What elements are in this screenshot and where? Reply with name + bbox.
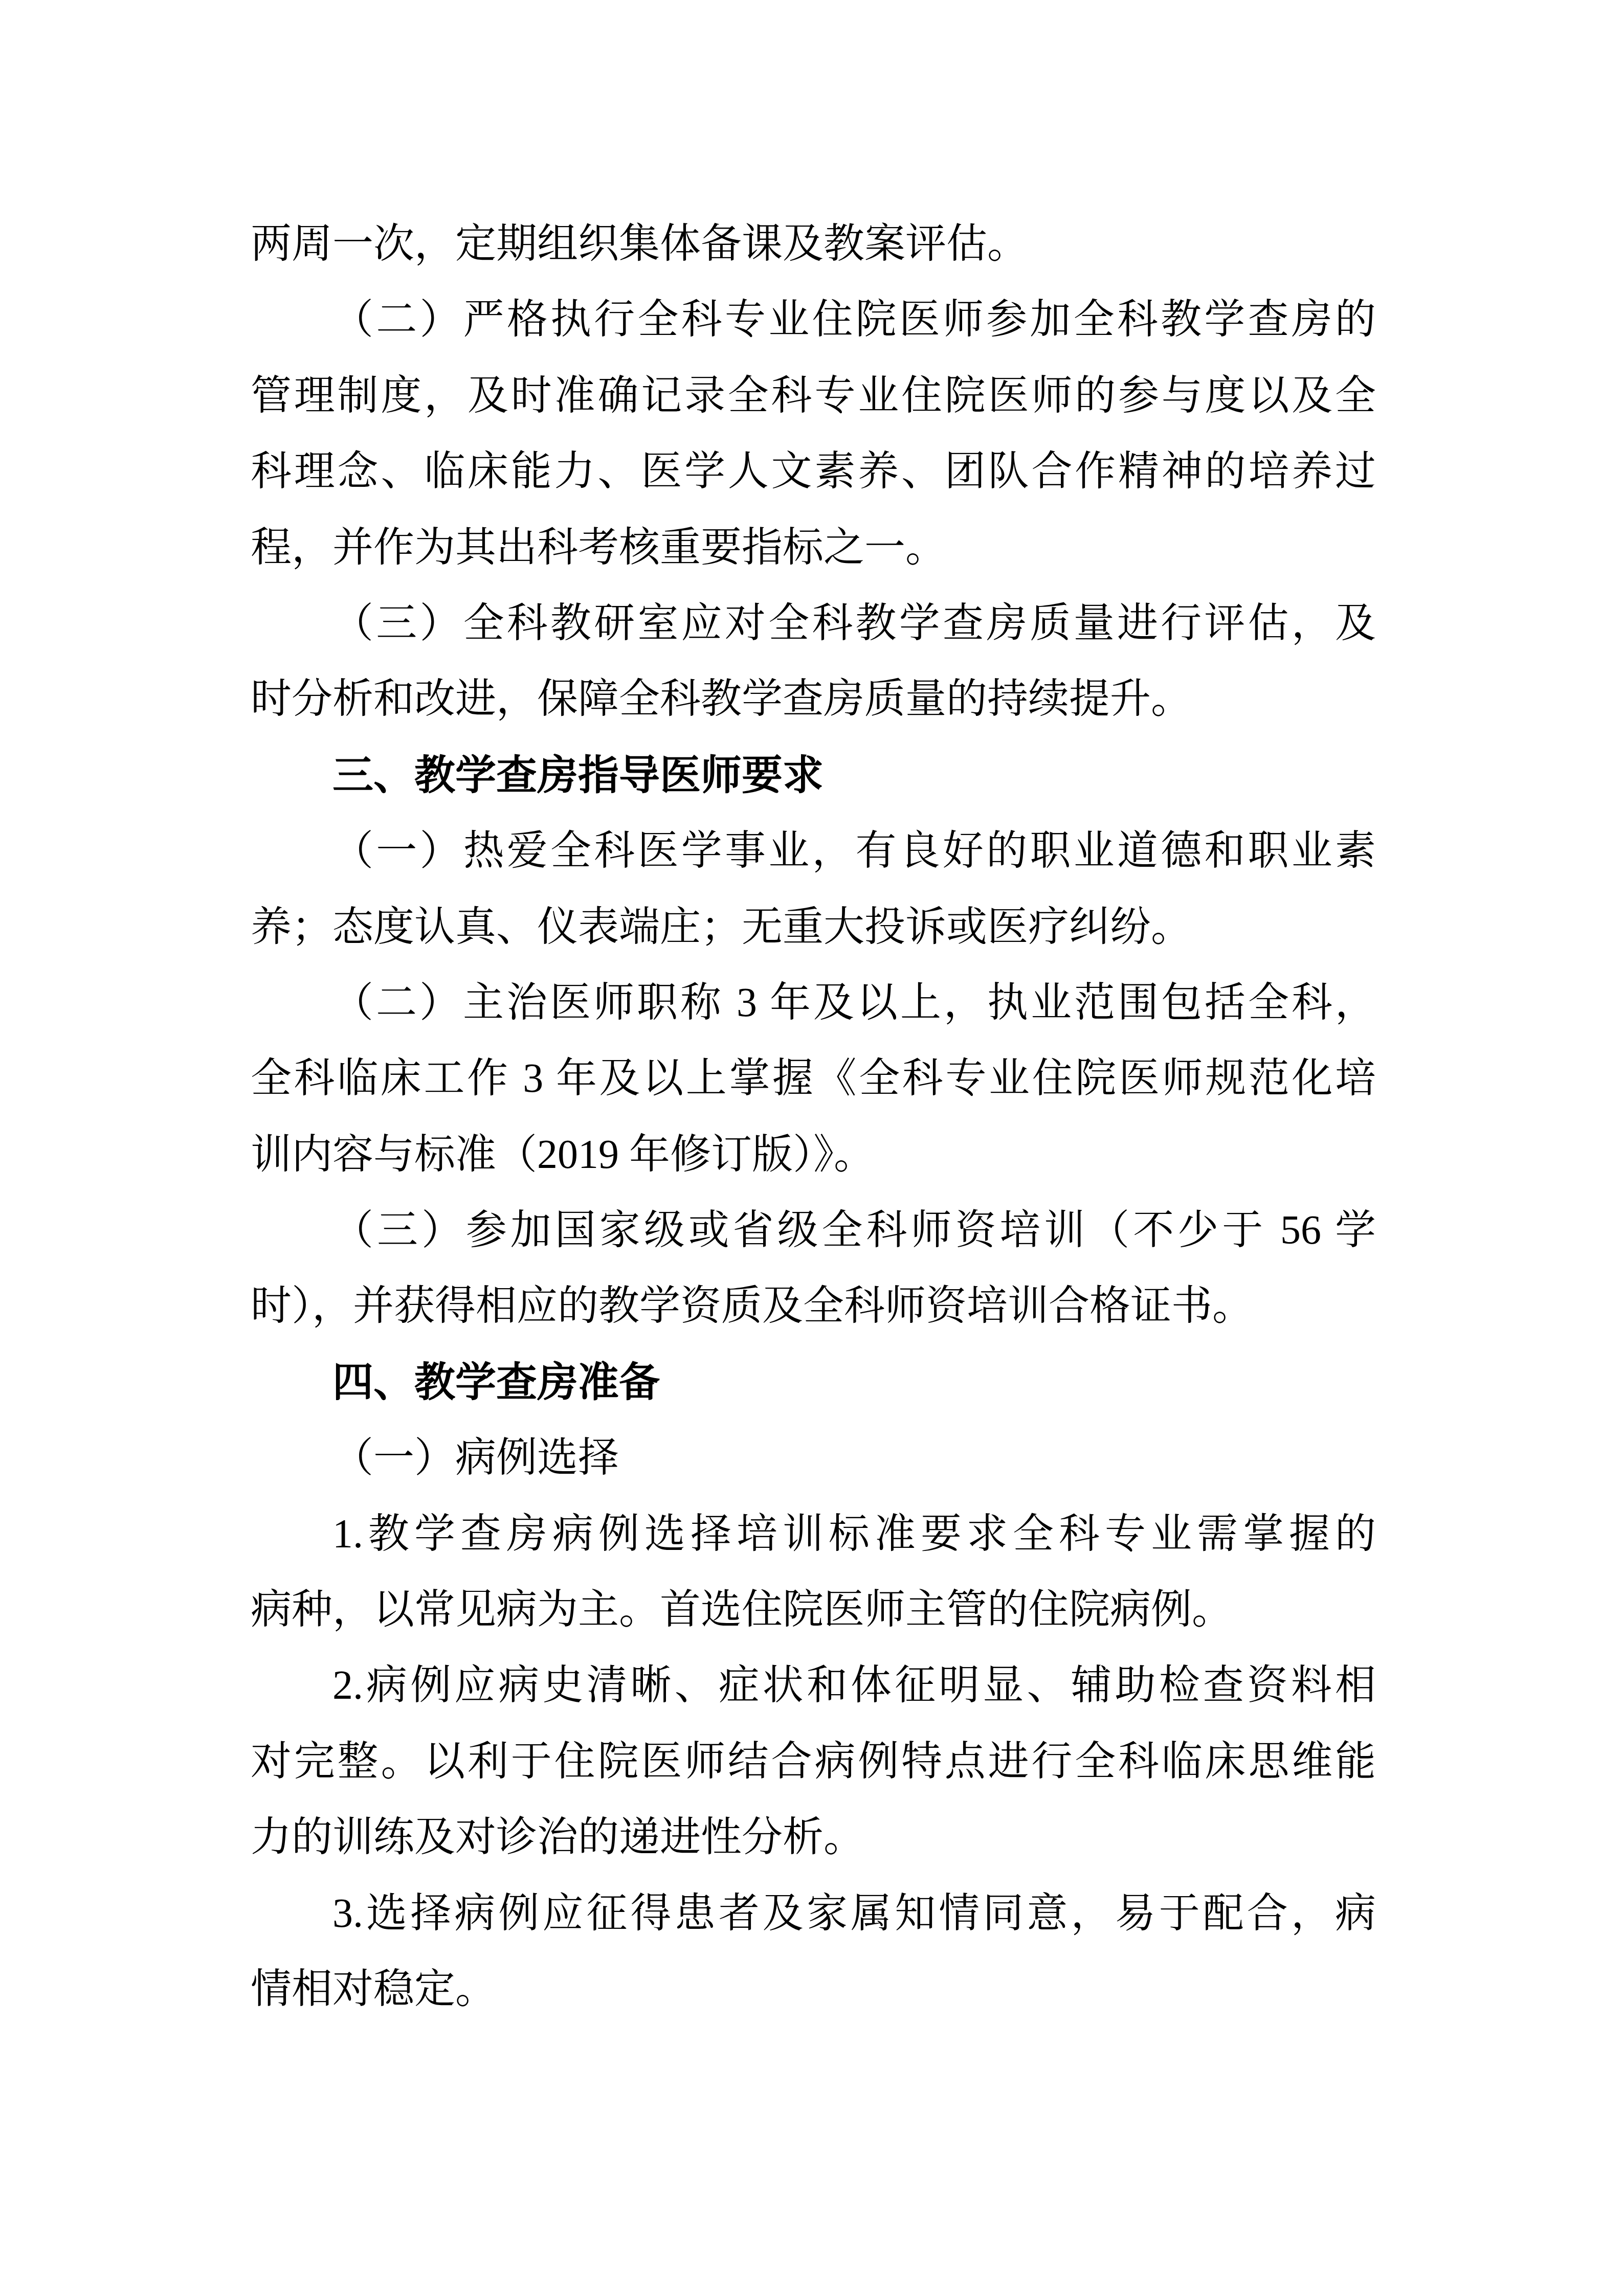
text-line-23: 3.选择病例应征得患者及家属知情同意，易于配合，病 <box>251 1876 1376 1951</box>
text-line-13: 训内容与标准（2019 年修订版）》。 <box>251 1117 1376 1192</box>
text-line-20: 2.病例应病史清晰、症状和体征明显、辅助检查资料相 <box>251 1648 1376 1723</box>
text-line-15: 时），并获得相应的教学资质及全科师资培训合格证书。 <box>251 1268 1376 1344</box>
text-line-10: 养；态度认真、仪表端庄；无重大投诉或医疗纠纷。 <box>251 889 1376 965</box>
text-line-19: 病种，以常见病为主。首选住院医师主管的住院病例。 <box>251 1572 1376 1648</box>
text-line-12: 全科临床工作 3 年及以上掌握《全科专业住院医师规范化培 <box>251 1041 1376 1116</box>
text-line-4: 科理念、临床能力、医学人文素养、团队合作精神的培养过 <box>251 434 1376 509</box>
text-line-24: 情相对稳定。 <box>251 1951 1376 2027</box>
text-line-1: 两周一次，定期组织集体备课及教案评估。 <box>251 206 1376 282</box>
text-line-2: （二）严格执行全科专业住院医师参加全科教学查房的 <box>251 282 1376 357</box>
document-page: 两周一次，定期组织集体备课及教案评估。（二）严格执行全科专业住院医师参加全科教学… <box>0 0 1624 2296</box>
text-line-11: （二）主治医师职称 3 年及以上，执业范围包括全科， <box>251 965 1376 1041</box>
text-line-16: 四、教学查房准备 <box>251 1344 1376 1420</box>
text-line-14: （三）参加国家级或省级全科师资培训（不少于 56 学 <box>251 1192 1376 1268</box>
text-line-9: （一）热爱全科医学事业，有良好的职业道德和职业素 <box>251 813 1376 889</box>
document-text-block: 两周一次，定期组织集体备课及教案评估。（二）严格执行全科专业住院医师参加全科教学… <box>251 206 1376 2027</box>
text-line-6: （三）全科教研室应对全科教学查房质量进行评估，及 <box>251 586 1376 661</box>
text-line-5: 程，并作为其出科考核重要指标之一。 <box>251 510 1376 586</box>
text-line-22: 力的训练及对诊治的递进性分析。 <box>251 1799 1376 1875</box>
text-line-17: （一）病例选择 <box>251 1420 1376 1496</box>
text-line-7: 时分析和改进，保障全科教学查房质量的持续提升。 <box>251 661 1376 737</box>
text-line-21: 对完整。以利于住院医师结合病例特点进行全科临床思维能 <box>251 1724 1376 1799</box>
text-line-3: 管理制度，及时准确记录全科专业住院医师的参与度以及全 <box>251 358 1376 434</box>
text-line-8: 三、教学查房指导医师要求 <box>251 737 1376 813</box>
text-line-18: 1.教学查房病例选择培训标准要求全科专业需掌握的 <box>251 1496 1376 1572</box>
